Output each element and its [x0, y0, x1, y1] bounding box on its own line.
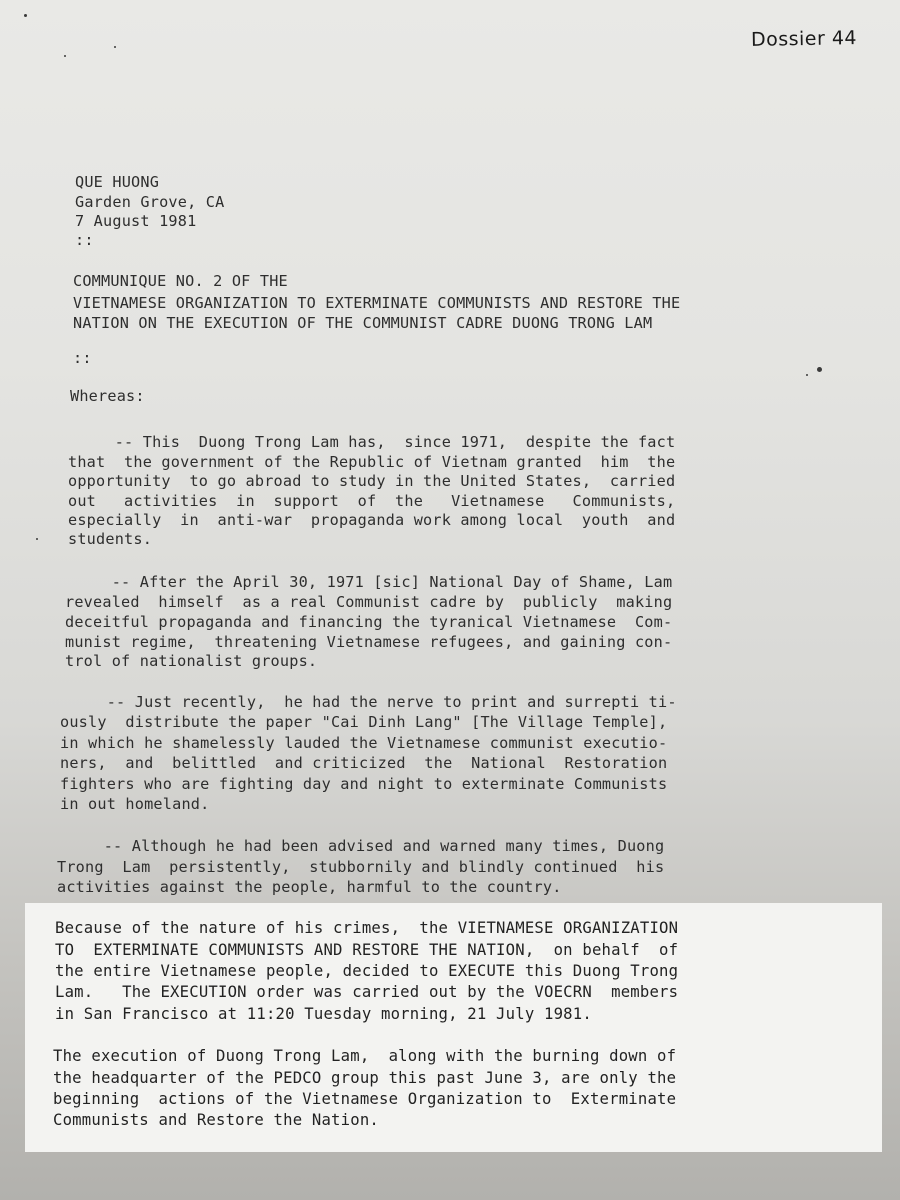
paragraph-line: in which he shamelessly lauded the Vietn… — [60, 736, 667, 751]
paper-speck — [36, 538, 38, 540]
paragraph-line: in out homeland. — [60, 797, 210, 812]
handwritten-dossier-label: Dossier 44 — [751, 27, 857, 51]
paper-speck — [817, 367, 822, 372]
paragraph-line: -- Although he had been advised and warn… — [57, 839, 664, 854]
paragraph-line: ners, and belittled and criticized the N… — [60, 756, 667, 771]
paper-speck — [24, 14, 27, 17]
paragraph-line: ously distribute the paper "Cai Dinh Lan… — [60, 715, 667, 730]
paragraph-line: opportunity to go abroad to study in the… — [68, 474, 675, 489]
paragraph-line: trol of nationalist groups. — [65, 654, 317, 669]
paper-speck — [806, 374, 808, 376]
paragraph-line: -- Just recently, he had the nerve to pr… — [60, 695, 677, 710]
header-line: :: — [75, 233, 94, 248]
header-line: QUE HUONG — [75, 175, 159, 190]
paragraph-line: revealed himself as a real Communist cad… — [65, 595, 672, 610]
header-line: 7 August 1981 — [75, 214, 196, 229]
excerpt-line: Communists and Restore the Nation. — [53, 1113, 379, 1129]
paragraph-line: -- This Duong Trong Lam has, since 1971,… — [68, 435, 675, 450]
paragraph-line: munist regime, threatening Vietnamese re… — [65, 635, 672, 650]
excerpt-line: TO EXTERMINATE COMMUNISTS AND RESTORE TH… — [55, 943, 678, 959]
paragraph-line: that the government of the Republic of V… — [68, 455, 675, 470]
preamble: Whereas: — [70, 389, 145, 404]
title-line: VIETNAMESE ORGANIZATION TO EXTERMINATE C… — [73, 296, 680, 311]
paragraph-line: fighters who are fighting day and night … — [60, 777, 667, 792]
paragraph-line: Trong Lam persistently, stubbornily and … — [57, 860, 664, 875]
excerpt-line: beginning actions of the Vietnamese Orga… — [53, 1092, 676, 1108]
excerpt-line: The execution of Duong Trong Lam, along … — [53, 1049, 676, 1065]
excerpt-line: Lam. The EXECUTION order was carried out… — [55, 985, 678, 1001]
excerpt-line: the entire Vietnamese people, decided to… — [55, 964, 678, 980]
excerpt-line: Because of the nature of his crimes, the… — [55, 921, 678, 937]
title-line: NATION ON THE EXECUTION OF THE COMMUNIST… — [73, 316, 652, 331]
header-line: Garden Grove, CA — [75, 195, 225, 210]
paper-speck — [114, 46, 116, 48]
paper-speck — [64, 55, 66, 57]
paragraph-line: out activities in support of the Vietnam… — [68, 494, 675, 509]
paragraph-line: activities against the people, harmful t… — [57, 880, 562, 895]
title-separator: :: — [73, 351, 92, 366]
excerpt-line: the headquarter of the PEDCO group this … — [53, 1071, 676, 1087]
paragraph-line: students. — [68, 532, 152, 547]
paragraph-line: deceitful propaganda and financing the t… — [65, 615, 672, 630]
highlighted-excerpt-box: Because of the nature of his crimes, the… — [25, 903, 882, 1152]
paragraph-line: -- After the April 30, 1971 [sic] Nation… — [65, 575, 672, 590]
paragraph-line: especially in anti-war propaganda work a… — [68, 513, 675, 528]
excerpt-line: in San Francisco at 11:20 Tuesday mornin… — [55, 1007, 592, 1023]
title-line: COMMUNIQUE NO. 2 OF THE — [73, 274, 288, 289]
